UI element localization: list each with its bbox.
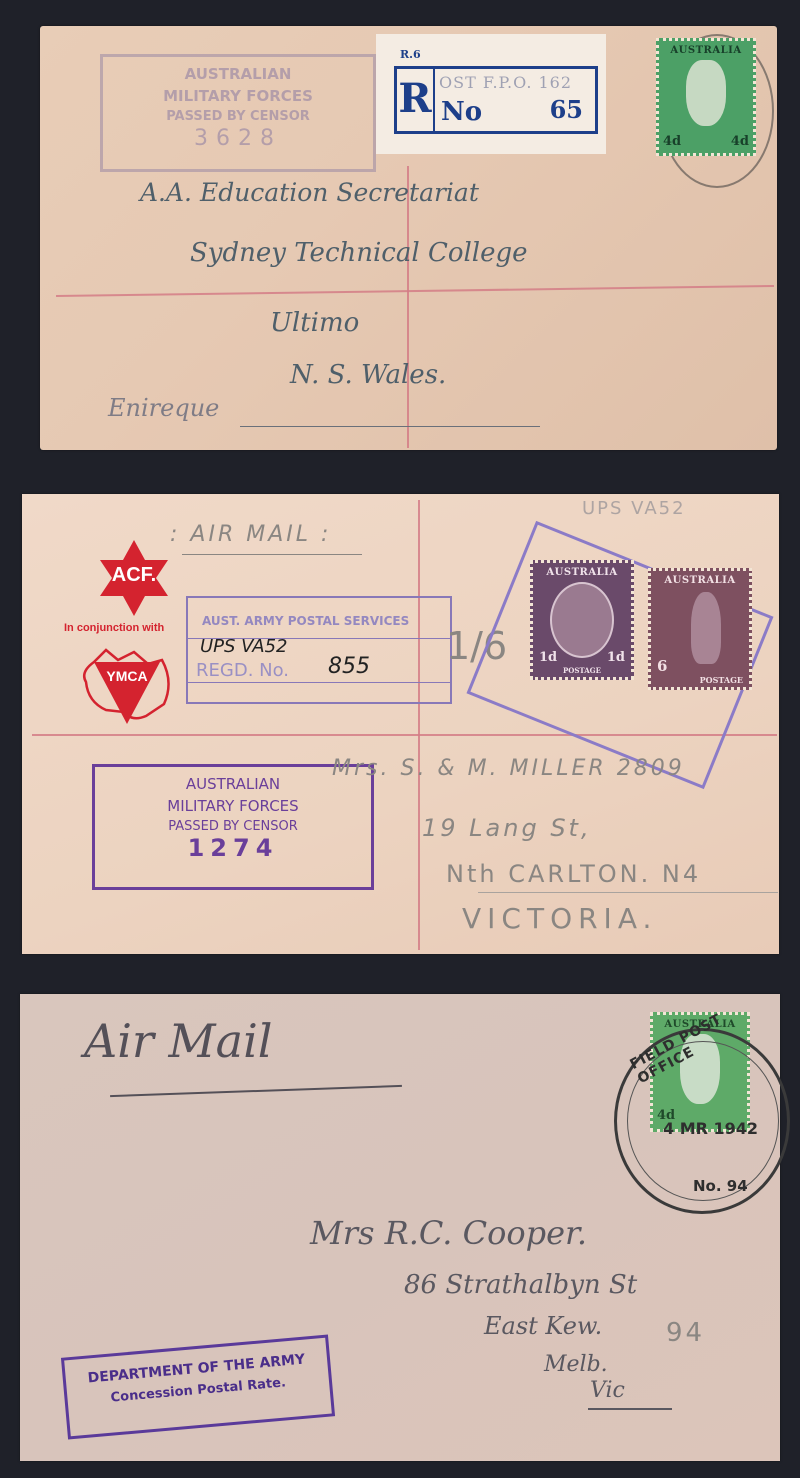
postage-stamp-kookaburra: AUSTRALIA 6 POSTAGE <box>648 568 752 690</box>
address-line-1: Mrs. S. & M. MILLER 2809 <box>332 756 685 781</box>
kookaburra-illustration <box>691 592 721 664</box>
signature: Enireque <box>108 394 219 422</box>
address-line-3: Ultimo <box>270 308 359 338</box>
stamp-divider <box>188 682 450 683</box>
address-line-2: 86 Strathalbyn St <box>404 1270 637 1300</box>
air-mail-underline <box>182 554 362 555</box>
address-line-3: Nth CARLTON. N4 <box>446 860 701 888</box>
koala-illustration <box>686 60 726 126</box>
air-mail-note: Air Mail <box>84 1014 273 1068</box>
registration-line-horizontal <box>56 285 774 297</box>
postage-stamp-koala: AUSTRALIA 4d 4d <box>656 38 756 156</box>
registration-label: R.6 R OST F.P.O. 162 No 65 <box>376 34 606 154</box>
air-mail-note: : AIR MAIL : <box>170 522 331 547</box>
ups-cancel-stamp: UPS VA52 <box>582 498 686 519</box>
address-underline <box>588 1408 672 1410</box>
air-mail-underline <box>110 1085 402 1097</box>
address-line-2: 19 Lang St, <box>422 814 592 842</box>
army-postal-services-stamp: AUST. ARMY POSTAL SERVICES UPS VA52 REGD… <box>186 596 452 704</box>
department-of-army-stamp: DEPARTMENT OF THE ARMY Concession Postal… <box>61 1334 335 1439</box>
registration-line-vertical <box>418 500 420 950</box>
address-line-5: Vic <box>590 1378 625 1403</box>
censor-stamp: AUSTRALIAN MILITARY FORCES PASSED BY CEN… <box>100 54 376 172</box>
field-post-office-postmark: FIELD POST OFFICE 4 MR 1942 No. 94 <box>614 1028 790 1214</box>
address-line-4: Melb. <box>544 1352 608 1377</box>
logo-conjunction-text: In conjunction with <box>64 622 164 634</box>
signature-underline <box>240 426 540 427</box>
registration-line-vertical <box>407 166 409 448</box>
handwritten-unit: UPS VA52 <box>200 636 288 657</box>
registration-number: 855 <box>328 654 370 679</box>
address-line-4: N. S. Wales. <box>290 360 446 390</box>
address-underline <box>478 892 778 893</box>
address-line-3: East Kew. <box>484 1312 602 1340</box>
address-line-2: Sydney Technical College <box>190 238 528 268</box>
queen-portrait <box>550 582 614 658</box>
address-line-1: A.A. Education Secretariat <box>140 178 479 207</box>
address-line-1: Mrs R.C. Cooper. <box>310 1214 587 1252</box>
envelope-registered-cover: AUSTRALIAN MILITARY FORCES PASSED BY CEN… <box>40 26 777 450</box>
censor-stamp: AUSTRALIAN MILITARY FORCES PASSED BY CEN… <box>92 764 374 890</box>
acf-star-logo: ACF. <box>94 538 174 618</box>
postage-stamp-queen: AUSTRALIA 1d 1d POSTAGE <box>530 560 634 680</box>
registration-frame: R OST F.P.O. 162 No 65 <box>394 66 598 134</box>
address-line-4: VICTORIA. <box>462 902 657 935</box>
ymca-logo: YMCA <box>76 642 176 732</box>
envelope-air-mail-cover: Air Mail AUSTRALIA 4d FIELD POST OFFICE … <box>20 994 780 1461</box>
envelope-acf-ymca-cover: : AIR MAIL : ACF. In conjunction with YM… <box>22 494 779 954</box>
pencil-note: 94 <box>666 1318 705 1348</box>
